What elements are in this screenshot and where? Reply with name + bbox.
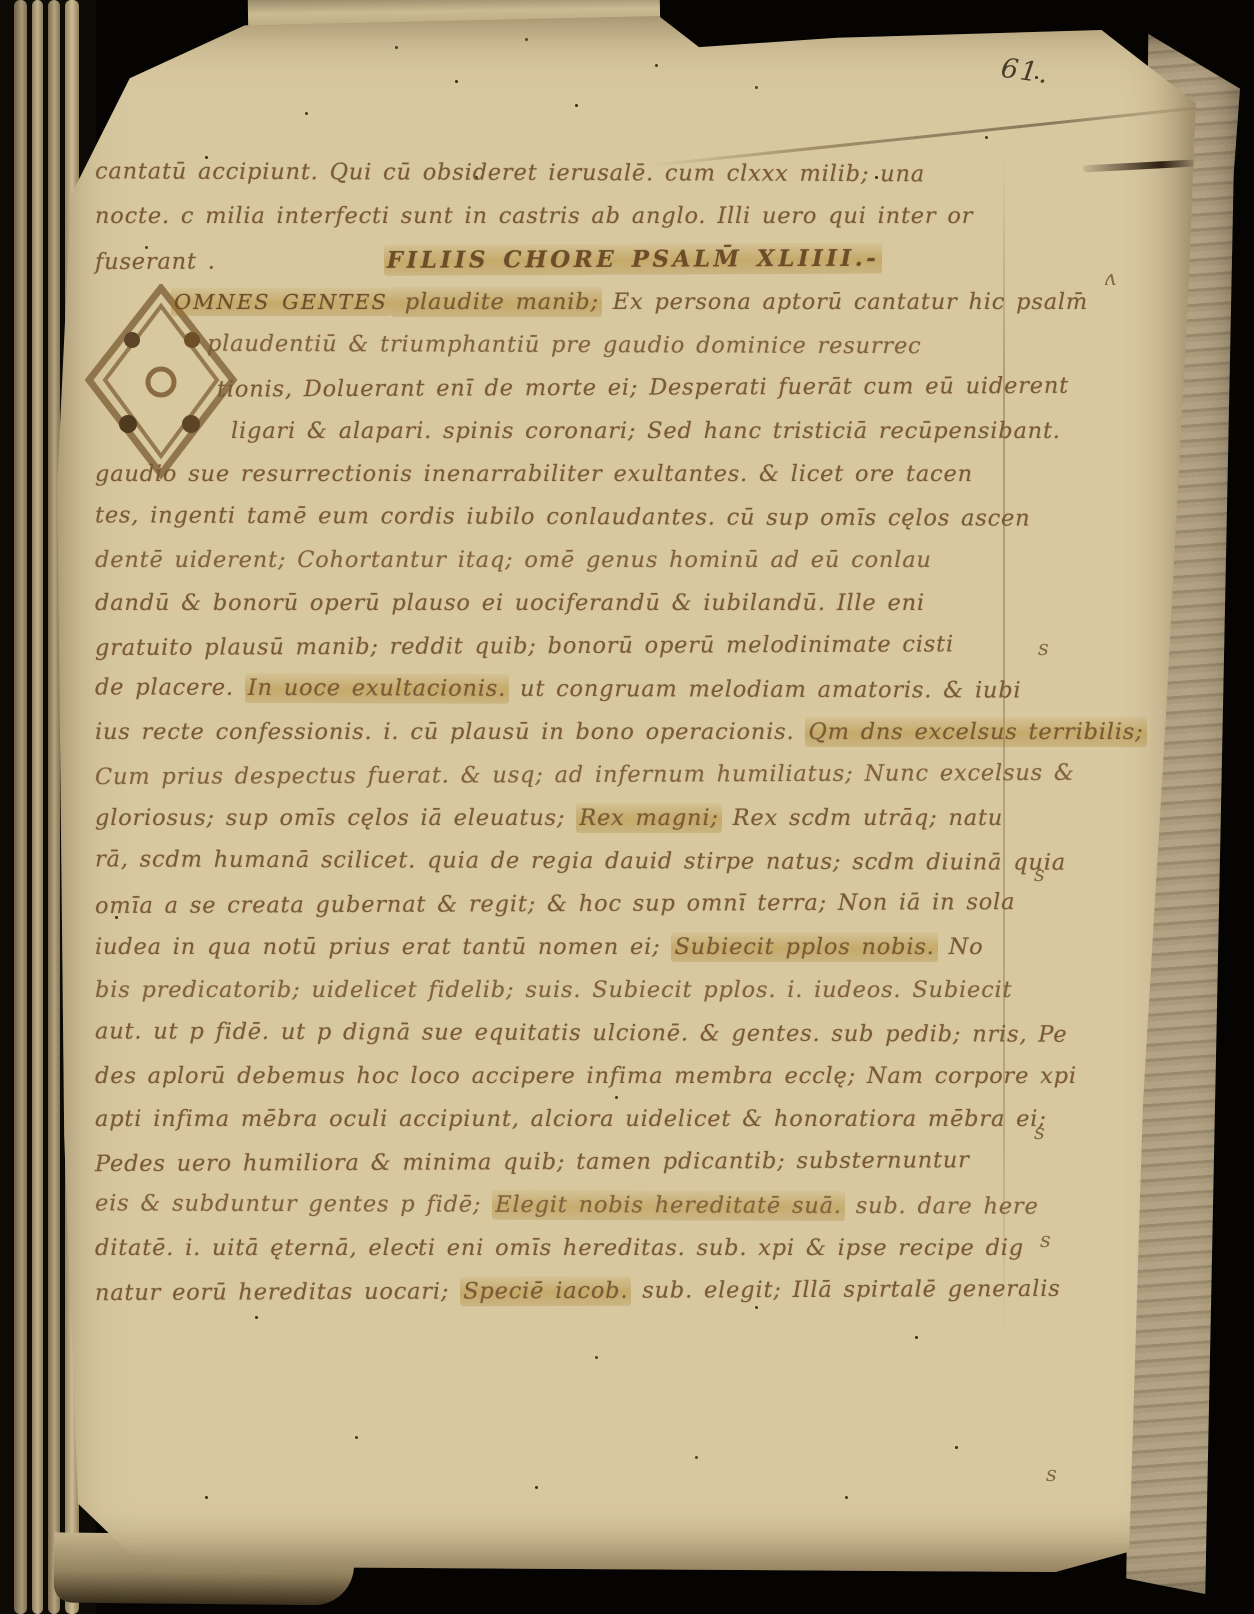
- margin-s-mark: s: [1034, 862, 1045, 886]
- line-segment: rā, scdm humanā scilicet. quia de regia …: [95, 846, 1066, 875]
- line-segment: Pedes uero humiliora & minima quib; tame…: [95, 1147, 970, 1177]
- manuscript-line: Omnes gentes plaudite manib; Ex persona …: [95, 281, 1043, 324]
- line-segment: ligari & alapari. spinis coronari; Sed h…: [231, 418, 1061, 444]
- line-segment: sub. dare here: [845, 1193, 1039, 1220]
- margin-s-mark: s: [1046, 1462, 1057, 1486]
- line-segment: plaudite manib;: [391, 287, 602, 317]
- line-segment: ut congruam melodiam amatoris. & iubi: [509, 676, 1021, 704]
- manuscript-line: aut. ut p fidē. ut p dignā sue equitatis…: [95, 1010, 1043, 1056]
- line-segment: ius recte confessionis. i. cū plausū in …: [95, 719, 805, 745]
- line-segment: Speciē iacob.: [460, 1276, 631, 1307]
- line-segment: natur eorū hereditas uocari;: [95, 1278, 460, 1306]
- line-segment: ditatē. i. uitā ęternā, electi eni omīs …: [95, 1235, 1024, 1261]
- line-segment: apti infima mēbra oculi accipiunt, alcio…: [95, 1106, 1047, 1132]
- manuscript-line: Cum prius despectus fuerat. & usq; ad in…: [95, 752, 1043, 799]
- margin-s-mark: s: [1038, 636, 1049, 660]
- line-segment: des aplorū debemus hoc loco accipere inf…: [95, 1063, 1077, 1089]
- line-segment: gratuito plausū manib; reddit quib; bono…: [95, 631, 954, 661]
- manuscript-line: rā, scdm humanā scilicet. quia de regia …: [95, 838, 1043, 884]
- line-segment: tes, ingenti tamē eum cordis iubilo conl…: [95, 502, 1031, 531]
- line-segment: No: [938, 934, 984, 960]
- manuscript-line: dentē uiderent; Cohortantur itaq; omē ge…: [95, 539, 1043, 582]
- line-segment: eis & subduntur gentes p fidē;: [95, 1190, 492, 1217]
- line-segment: dandū & bonorū operū plauso ei uociferan…: [95, 590, 925, 616]
- line-segment: bis predicatorib; uidelicet fidelib; sui…: [95, 977, 1012, 1003]
- leaf-edge: [32, 0, 43, 1614]
- manuscript-line: plaudentiū & triumphantiū pre gaudio dom…: [95, 322, 1043, 368]
- margin-s-mark: s: [1040, 1228, 1051, 1252]
- leaf-edge: [48, 0, 60, 1614]
- line-segment: gaudio sue resurrectionis inenarrabilite…: [95, 461, 973, 487]
- manuscript-line: apti infima mēbra oculi accipiunt, alcio…: [95, 1098, 1043, 1141]
- manuscript-line: Pedes uero humiliora & minima quib; tame…: [95, 1139, 1043, 1186]
- line-segment: Elegit nobis hereditatē suā.: [492, 1190, 845, 1221]
- manuscript-line: de placere. In uoce exultacionis. ut con…: [95, 666, 1043, 712]
- manuscript-photo: 61. cantatū accipiunt. Qui cū obsideret …: [0, 0, 1254, 1614]
- manuscript-line: cantatū accipiunt. Qui cū obsideret ieru…: [95, 150, 1043, 196]
- line-segment: gloriosus; sup omīs cęlos iā eleuatus;: [95, 805, 576, 831]
- line-segment: omīa a se creata gubernat & regit; & hoc…: [95, 889, 1015, 919]
- line-segment: dentē uiderent; Cohortantur itaq; omē ge…: [95, 547, 932, 573]
- line-segment: iudea in qua notū prius erat tantū nomen…: [95, 934, 671, 960]
- line-segment: tionis, Doluerant enī de morte ei; Despe…: [217, 373, 1069, 403]
- manuscript-page: 61. cantatū accipiunt. Qui cū obsideret …: [55, 16, 1205, 1572]
- manuscript-line: omīa a se creata gubernat & regit; & hoc…: [95, 881, 1043, 928]
- manuscript-line: gaudio sue resurrectionis inenarrabilite…: [95, 453, 1043, 496]
- line-segment: Rex scdm utrāq; natu: [722, 805, 1003, 831]
- line-segment: In uoce exultacionis.: [245, 673, 509, 704]
- manuscript-line: iudea in qua notū prius erat tantū nomen…: [95, 926, 1043, 969]
- manuscript-line: gratuito plausū manib; reddit quib; bono…: [95, 623, 1043, 670]
- manuscript-line: gloriosus; sup omīs cęlos iā eleuatus; R…: [95, 797, 1043, 840]
- manuscript-line: tionis, Doluerant enī de morte ei; Despe…: [95, 365, 1043, 412]
- folio-number: 61.: [999, 53, 1052, 91]
- line-segment: plaudentiū & triumphantiū pre gaudio dom…: [207, 331, 922, 359]
- line-segment: Omnes gentes: [171, 288, 391, 316]
- line-segment: aut. ut p fidē. ut p dignā sue equitatis…: [95, 1018, 1067, 1047]
- text-block: cantatū accipiunt. Qui cū obsideret ieru…: [95, 152, 1043, 1313]
- manuscript-line: natur eorū hereditas uocari; Speciē iaco…: [95, 1268, 1043, 1315]
- manuscript-line: ligari & alapari. spinis coronari; Sed h…: [95, 410, 1043, 453]
- line-segment: cantatū accipiunt. Qui cū obsideret ieru…: [95, 158, 925, 187]
- manuscript-line: des aplorū debemus hoc loco accipere inf…: [95, 1055, 1043, 1098]
- line-segment: fuserant .: [95, 249, 216, 276]
- caret-mark: ʌ: [1104, 266, 1116, 290]
- manuscript-line: dandū & bonorū operū plauso ei uociferan…: [95, 582, 1043, 625]
- manuscript-line: ditatē. i. uitā ęternā, electi eni omīs …: [95, 1227, 1043, 1270]
- margin-s-mark: s: [1034, 1120, 1045, 1144]
- manuscript-line: tes, ingenti tamē eum cordis iubilo conl…: [95, 494, 1043, 540]
- leaf-edge: [14, 0, 27, 1614]
- manuscript-line: eis & subduntur gentes p fidē; Elegit no…: [95, 1182, 1043, 1228]
- line-segment: sub. elegit; Illā spirtalē generalis: [631, 1276, 1060, 1304]
- line-segment: Rex magni;: [576, 803, 722, 833]
- manuscript-line: ius recte confessionis. i. cū plausū in …: [95, 711, 1043, 754]
- line-segment: Ex persona aptorū cantatur hic psalm̄: [602, 289, 1088, 315]
- line-segment: Subiecit pplos nobis.: [671, 932, 937, 962]
- line-segment: Cum prius despectus fuerat. & usq; ad in…: [95, 760, 1075, 790]
- manuscript-line: nocte. c milia interfecti sunt in castri…: [95, 195, 1043, 238]
- manuscript-line: fuserant .FILIIS CHORE PSALM̄ XLIIII.-: [95, 236, 1043, 283]
- line-segment: Qm dns excelsus terribilis;: [805, 717, 1146, 747]
- rubric-title: FILIIS CHORE PSALM̄ XLIIII.-: [384, 243, 883, 276]
- line-segment: de placere.: [95, 674, 245, 701]
- manuscript-line: bis predicatorib; uidelicet fidelib; sui…: [95, 969, 1043, 1012]
- line-segment: nocte. c milia interfecti sunt in castri…: [95, 203, 973, 229]
